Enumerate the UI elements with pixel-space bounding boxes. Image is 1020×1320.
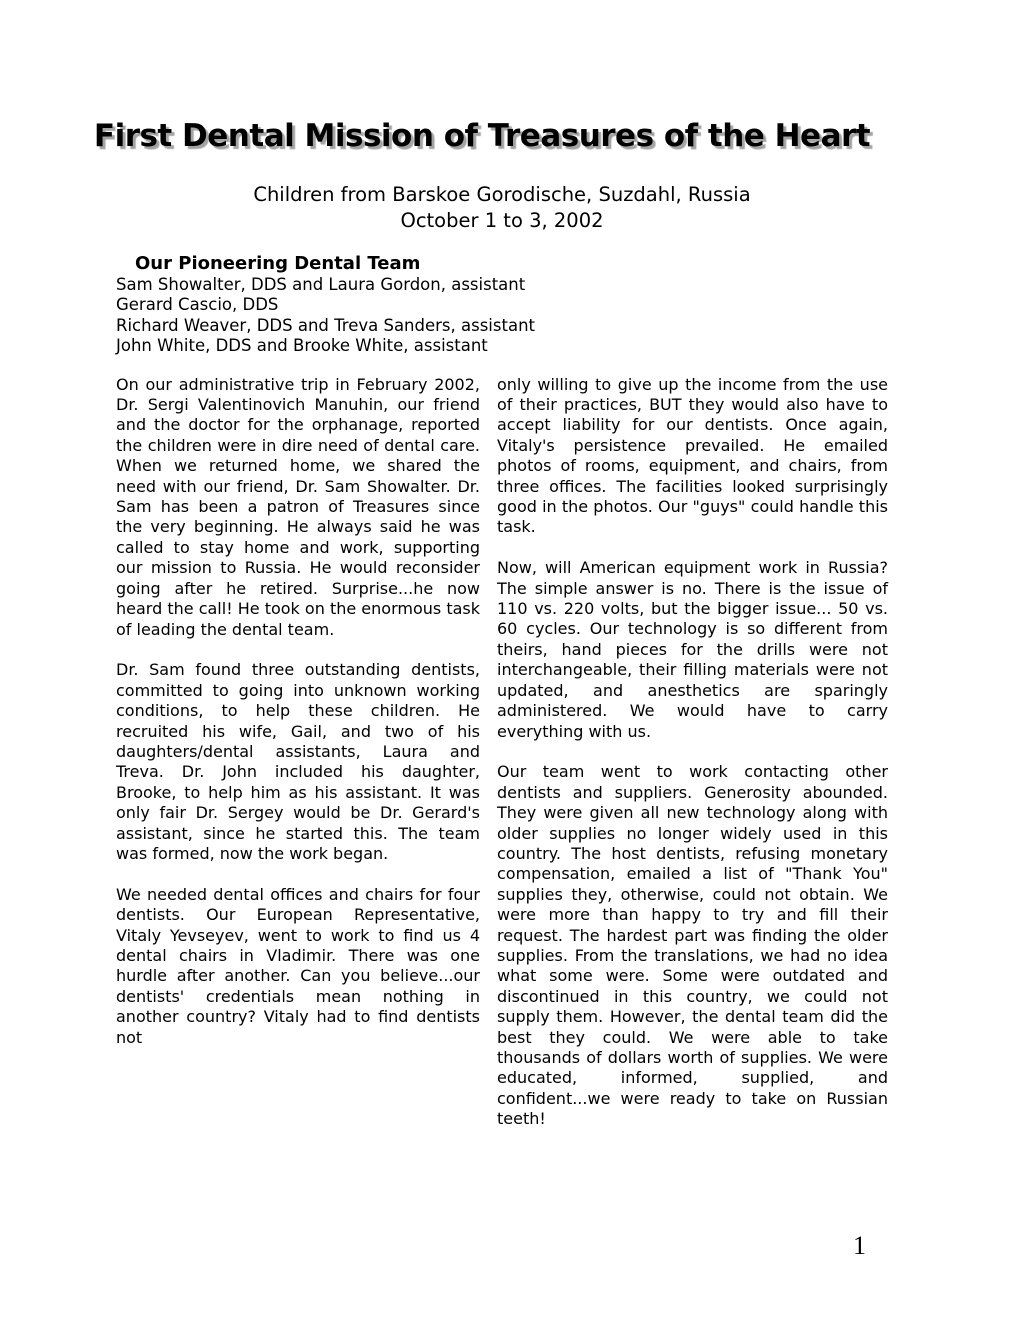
team-member: John White, DDS and Brooke White, assist… bbox=[116, 336, 888, 356]
paragraph: only willing to give up the income from … bbox=[497, 375, 888, 538]
subtitle: Children from Barskoe Gorodische, Suzdah… bbox=[116, 182, 888, 234]
team-heading: Our Pioneering Dental Team bbox=[135, 252, 888, 275]
left-column: On our administrative trip in February 2… bbox=[116, 375, 480, 1130]
team-member: Sam Showalter, DDS and Laura Gordon, ass… bbox=[116, 275, 888, 295]
paragraph: Now, will American equipment work in Rus… bbox=[497, 558, 888, 742]
team-list: Sam Showalter, DDS and Laura Gordon, ass… bbox=[116, 275, 888, 357]
paragraph: We needed dental offices and chairs for … bbox=[116, 885, 480, 1048]
right-column: only willing to give up the income from … bbox=[497, 375, 888, 1130]
page-number: 1 bbox=[853, 1231, 866, 1261]
page-title: First Dental Mission of Treasures of the… bbox=[0, 118, 964, 155]
team-member: Gerard Cascio, DDS bbox=[116, 295, 888, 315]
subtitle-line-1: Children from Barskoe Gorodische, Suzdah… bbox=[116, 182, 888, 208]
paragraph: Our team went to work contacting other d… bbox=[497, 762, 888, 1129]
team-member: Richard Weaver, DDS and Treva Sanders, a… bbox=[116, 316, 888, 336]
body-columns: On our administrative trip in February 2… bbox=[116, 375, 888, 1130]
team-section: Our Pioneering Dental Team Sam Showalter… bbox=[116, 252, 888, 357]
document-content: Children from Barskoe Gorodische, Suzdah… bbox=[116, 182, 888, 1130]
paragraph: Dr. Sam found three outstanding dentists… bbox=[116, 660, 480, 864]
paragraph: On our administrative trip in February 2… bbox=[116, 375, 480, 640]
subtitle-line-2: October 1 to 3, 2002 bbox=[116, 208, 888, 234]
title-block: First Dental Mission of Treasures of the… bbox=[0, 0, 964, 155]
column-gap bbox=[480, 375, 497, 1130]
